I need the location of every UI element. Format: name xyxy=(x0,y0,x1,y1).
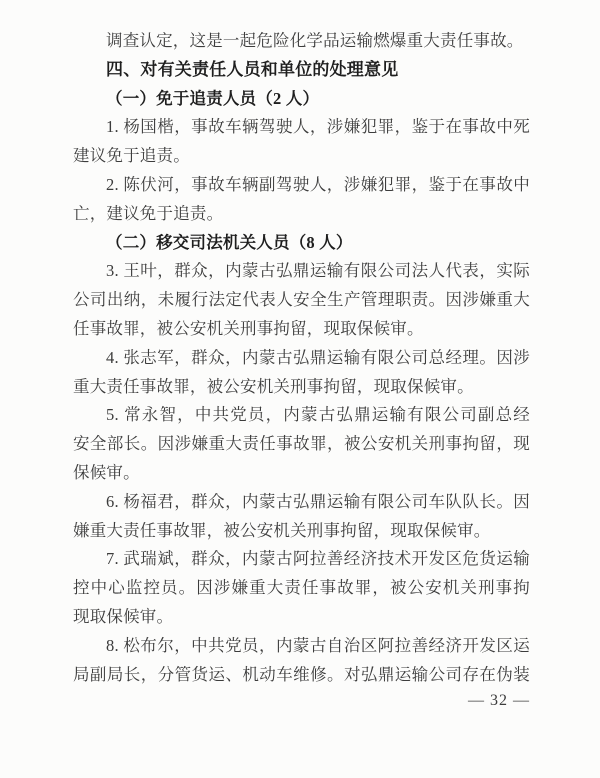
text-line: 重大责任事故罪，被公安机关刑事拘留，现取保候审。 xyxy=(73,373,530,402)
section-heading: 四、对有关责任人员和单位的处理意见 xyxy=(73,56,530,85)
text-line: 7. 武瑞斌，群众，内蒙古阿拉善经济技术开发区危货运输监 xyxy=(73,545,530,574)
text-line: 建议免于追责。 xyxy=(73,142,530,171)
text-line: 任事故罪，被公安机关刑事拘留，现取保候审。 xyxy=(73,315,530,344)
text-line: 局副局长，分管货运、机动车维修。对弘鼎运输公司存在伪装运 xyxy=(73,661,530,690)
text-line: 6. 杨福君，群众，内蒙古弘鼎运输有限公司车队队长。因涉 xyxy=(73,488,530,517)
text-line: 2. 陈伏河，事故车辆副驾驶人，涉嫌犯罪，鉴于在事故中死 xyxy=(73,171,530,200)
text-line: 控中心监控员。因涉嫌重大责任事故罪，被公安机关刑事拘留， xyxy=(73,574,530,603)
subsection-heading-1: （一）免于追责人员（2 人） xyxy=(73,85,530,114)
text-line: 3. 王叶，群众，内蒙古弘鼎运输有限公司法人代表，实际为 xyxy=(73,257,530,286)
text-line: 调查认定，这是一起危险化学品运输燃爆重大责任事故。 xyxy=(73,27,530,56)
text-line: 安全部长。因涉嫌重大责任事故罪，被公安机关刑事拘留，现取 xyxy=(73,430,530,459)
page-number: — 32 — xyxy=(468,692,530,710)
text-line: 5. 常永智，中共党员，内蒙古弘鼎运输有限公司副总经理、 xyxy=(73,401,530,430)
text-line: 公司出纳，未履行法定代表人安全生产管理职责。因涉嫌重大责 xyxy=(73,286,530,315)
text-line: 亡，建议免于追责。 xyxy=(73,200,530,229)
text-line: 现取保候审。 xyxy=(73,603,530,632)
text-line: 8. 松布尔，中共党员，内蒙古自治区阿拉善经济开发区运管 xyxy=(73,632,530,661)
text-line: 1. 杨国楷，事故车辆驾驶人，涉嫌犯罪，鉴于在事故中死亡， xyxy=(73,113,530,142)
scanned-document-page: 调查认定，这是一起危险化学品运输燃爆重大责任事故。 四、对有关责任人员和单位的处… xyxy=(0,0,600,778)
text-line: 保候审。 xyxy=(73,459,530,488)
subsection-heading-2: （二）移交司法机关人员（8 人） xyxy=(73,229,530,258)
text-line: 嫌重大责任事故罪，被公安机关刑事拘留，现取保候审。 xyxy=(73,517,530,546)
text-column: 调查认定，这是一起危险化学品运输燃爆重大责任事故。 四、对有关责任人员和单位的处… xyxy=(73,27,530,689)
text-line: 4. 张志军，群众，内蒙古弘鼎运输有限公司总经理。因涉嫌 xyxy=(73,344,530,373)
